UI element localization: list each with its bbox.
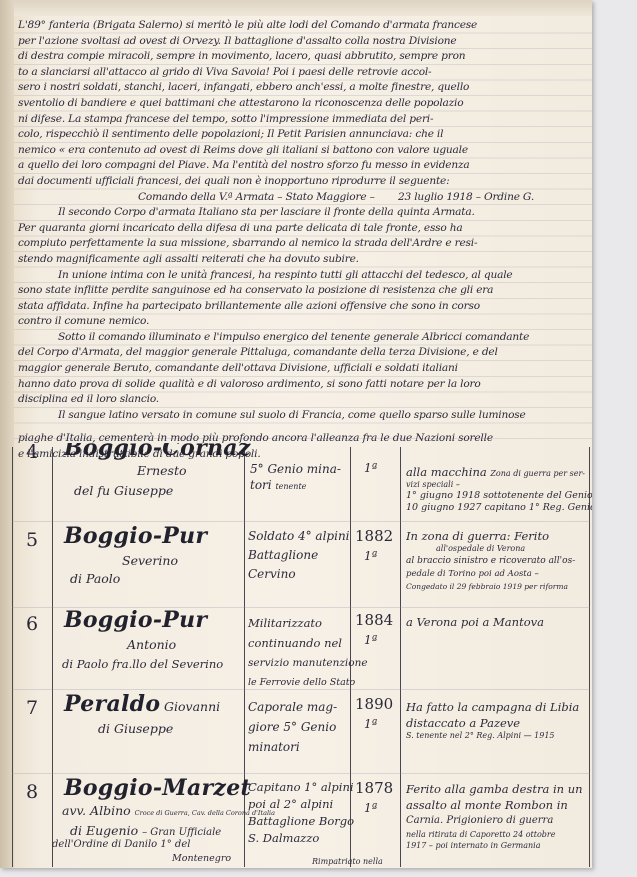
- table-row: 5 Boggio-Pur Severino di Paolo Soldato 4…: [12, 521, 590, 607]
- table-row: 4 Boggio-Cornaz Ernesto del fu Giuseppe …: [12, 447, 590, 521]
- row-number: 5: [26, 529, 38, 551]
- notes-cell: alla macchina Zona di guerra per ser- vi…: [406, 465, 592, 514]
- class-cell: 1ª: [364, 717, 377, 731]
- honour-line: Montenegro: [172, 853, 231, 864]
- row-number: 8: [26, 781, 38, 803]
- class-cell: 1ª: [364, 633, 377, 647]
- page-top-edge: [0, 0, 592, 16]
- prose-line: colo, rispecchiò il sentimento delle pop…: [18, 127, 588, 143]
- given-name: avv. Albino Croce di Guerra, Cav. della …: [62, 803, 275, 819]
- prose-line: nemico « era contenuto ad ovest di Reims…: [18, 143, 588, 159]
- order-line: hanno dato prova di solide qualità e di …: [18, 377, 588, 393]
- order-line: sono state inflitte perdite sanguinose e…: [18, 283, 588, 299]
- order-line: maggior generale Beruto, comandante dell…: [18, 361, 588, 377]
- given-name: Antonio: [127, 637, 176, 652]
- notes-cell: Ferito alla gamba destra in un assalto a…: [406, 781, 592, 851]
- order-line: stata affidata. Infine ha partecipato br…: [18, 299, 588, 315]
- parentage: del fu Giuseppe: [74, 483, 173, 498]
- rank-cell: Militarizzato continuando nel servizio m…: [248, 613, 368, 693]
- birth-year: 1882: [355, 527, 393, 545]
- order-date: 23 luglio 1918 – Ordine G.: [18, 190, 534, 206]
- table-row: 6 Boggio-Pur Antonio di Paolo fra.llo de…: [12, 607, 590, 689]
- birth-year: 1878: [355, 779, 393, 797]
- order-line: stendo magnificamente agli assalti reite…: [18, 252, 588, 268]
- table-row: 8 Boggio-Marzet avv. Albino Croce di Gue…: [12, 773, 590, 867]
- prose-line: L'89° fanteria (Brigata Salerno) si meri…: [18, 18, 588, 34]
- order-line: In unione intima con le unità francesi, …: [18, 268, 588, 284]
- prose-line: to a slanciarsi all'attacco al grido di …: [18, 65, 588, 81]
- register-table: 4 Boggio-Cornaz Ernesto del fu Giuseppe …: [12, 447, 590, 867]
- row-number: 7: [26, 697, 38, 719]
- surname: Peraldo: [64, 691, 160, 717]
- parentage: di Paolo: [70, 571, 120, 586]
- surname: Boggio-Marzet: [64, 775, 251, 801]
- register-page: L'89° fanteria (Brigata Salerno) si meri…: [0, 0, 592, 868]
- table-row: 7 Peraldo Giovanni di Giuseppe Caporale …: [12, 689, 590, 773]
- notes-cell: a Verona poi a Mantova: [406, 615, 592, 629]
- rank-cell: Caporale mag- giore 5° Genio minatori: [248, 697, 337, 757]
- parentage: di Giuseppe: [98, 721, 173, 736]
- order-line: Sotto il comando illuminato e l'impulso …: [18, 330, 588, 346]
- given-name: Ernesto: [137, 463, 187, 478]
- rank-cell: 5° Genio mina- tori tenente: [250, 461, 341, 493]
- surname: Boggio-Pur: [64, 607, 207, 633]
- class-cell: 1ª: [364, 549, 377, 563]
- order-line: contro il comune nemico.: [18, 314, 588, 330]
- prose-section: L'89° fanteria (Brigata Salerno) si meri…: [18, 18, 588, 463]
- prose-line: per l'azione svoltasi ad ovest di Orvezy…: [18, 34, 588, 50]
- order-line: compiuto perfettamente la sua missione, …: [18, 236, 588, 252]
- birth-year: 1884: [355, 611, 393, 629]
- order-line: Il sangue latino versato in comune sul s…: [18, 408, 588, 424]
- rank-cell: Capitano 1° alpini poi al 2° alpini Batt…: [248, 779, 354, 847]
- order-line: Il secondo Corpo d'armata Italiano sta p…: [18, 205, 588, 221]
- row-number: 6: [26, 613, 38, 635]
- parentage: di Eugenio – Gran Ufficiale: [70, 823, 221, 838]
- notes-cell: Ha fatto la campagna di Libia distaccato…: [406, 699, 592, 741]
- given-name: Giovanni: [164, 699, 220, 714]
- prose-line: sventolio di bandiere e quei battimani c…: [18, 96, 588, 112]
- rank-cell: Soldato 4° alpini Battaglione Cervino: [248, 527, 350, 584]
- footer-note: Rimpatriato nella: [312, 857, 383, 866]
- given-name: Severino: [122, 553, 178, 568]
- parentage: di Paolo fra.llo del Severino: [62, 657, 223, 671]
- order-line: disciplina ed il loro slancio.: [18, 392, 588, 408]
- prose-line: a quello dei loro compagni del Piave. Ma…: [18, 158, 588, 174]
- surname: Boggio-Pur: [64, 523, 207, 549]
- prose-line: dai documenti ufficiali francesi, dei qu…: [18, 174, 588, 190]
- birth-year: 1890: [355, 695, 393, 713]
- honour-line: dell'Ordine di Danilo 1° del: [52, 839, 190, 850]
- notes-cell: In zona di guerra: Ferito all'ospedale d…: [406, 529, 592, 592]
- row-number: 4: [26, 441, 38, 463]
- order-line: Per quaranta giorni incaricato della dif…: [18, 221, 588, 237]
- class-cell: 1ª: [364, 801, 377, 815]
- prose-line: di destra compie miracoli, sempre in mov…: [18, 49, 588, 65]
- order-line: del Corpo d'Armata, del maggior generale…: [18, 345, 588, 361]
- prose-line: ni difese. La stampa francese del tempo,…: [18, 112, 588, 128]
- class-cell: 1ª: [364, 461, 377, 475]
- prose-line: sero i nostri soldati, stanchi, laceri, …: [18, 80, 588, 96]
